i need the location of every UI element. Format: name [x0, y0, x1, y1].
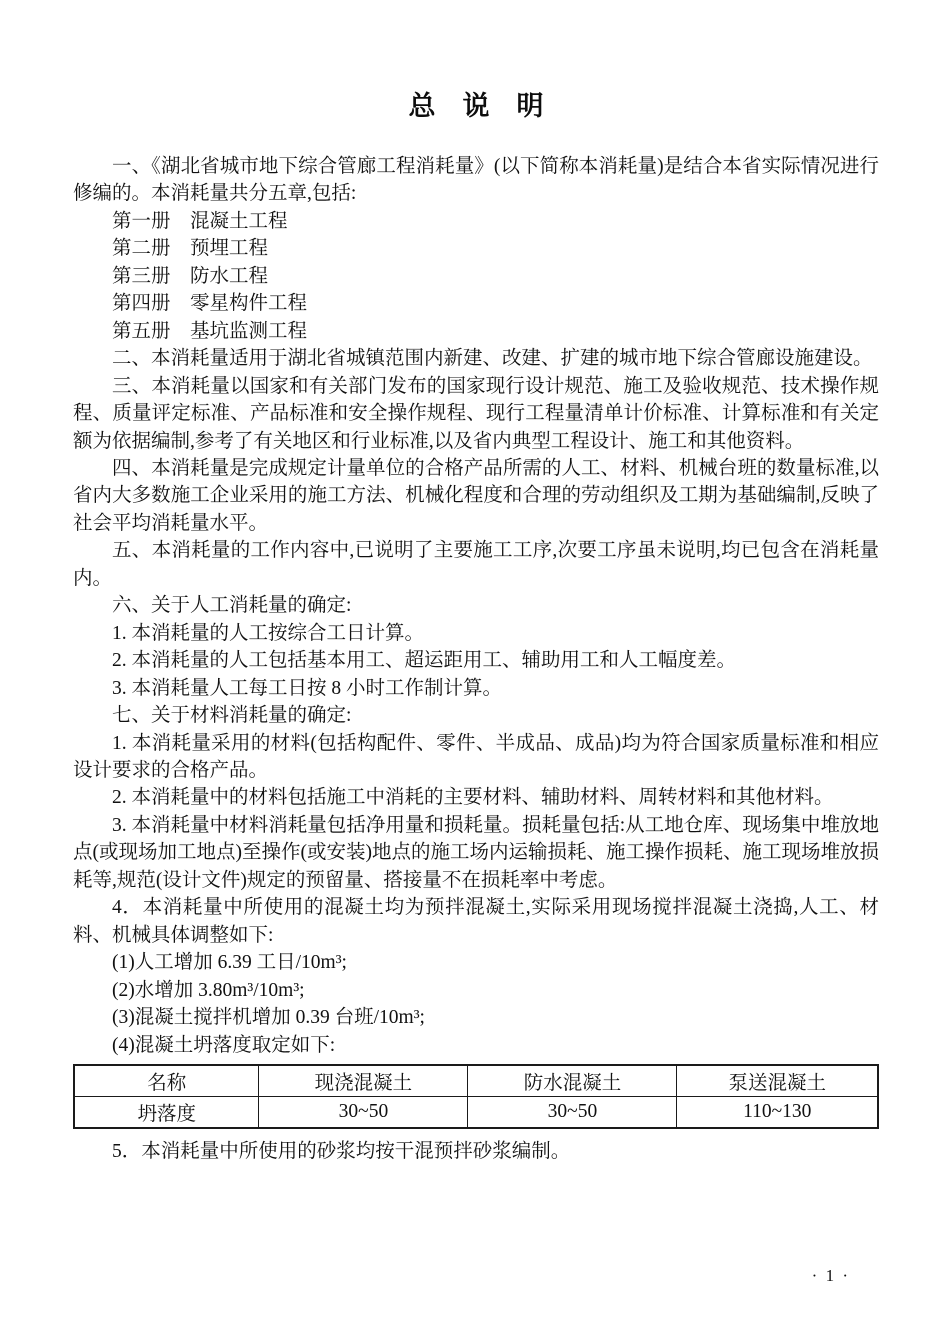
sub-item: (3)混凝土搅拌机增加 0.39 台班/10m³; [73, 1004, 879, 1031]
numbered-item: 4．本消耗量中所使用的混凝土均为预拌混凝土,实际采用现场搅拌混凝土浇捣,人工、材… [73, 894, 879, 949]
section-heading: 六、关于人工消耗量的确定: [73, 592, 879, 619]
numbered-item: 2. 本消耗量的人工包括基本用工、超运距用工、辅助用工和人工幅度差。 [73, 647, 879, 674]
section-paragraph: 二、本消耗量适用于湖北省城镇范围内新建、改建、扩建的城市地下综合管廊设施建设。 [73, 345, 879, 372]
volume-list-item: 第四册 零星构件工程 [73, 290, 879, 317]
document-page: 总 说 明 一、《湖北省城市地下综合管廊工程消耗量》(以下简称本消耗量)是结合本… [0, 0, 950, 1323]
volume-list-item: 第五册 基坑监测工程 [73, 318, 879, 345]
table-header-cell: 泵送混凝土 [677, 1065, 878, 1097]
table-header-cell: 现浇混凝土 [259, 1065, 468, 1097]
sub-item: (1)人工增加 6.39 工日/10m³; [73, 949, 879, 976]
numbered-item: 3. 本消耗量人工每工日按 8 小时工作制计算。 [73, 675, 879, 702]
page-number: · 1 · [812, 1266, 850, 1286]
section-heading: 七、关于材料消耗量的确定: [73, 702, 879, 729]
table-header-row: 名称 现浇混凝土 防水混凝土 泵送混凝土 [74, 1065, 878, 1097]
section-paragraph: 五、本消耗量的工作内容中,已说明了主要施工工序,次要工序虽未说明,均已包含在消耗… [73, 537, 879, 592]
section-paragraph: 三、本消耗量以国家和有关部门发布的国家现行设计规范、施工及验收规范、技术操作规程… [73, 373, 879, 455]
table-cell: 30~50 [259, 1096, 468, 1128]
table-header-cell: 名称 [74, 1065, 259, 1097]
volume-list-item: 第三册 防水工程 [73, 263, 879, 290]
document-content: 总 说 明 一、《湖北省城市地下综合管廊工程消耗量》(以下简称本消耗量)是结合本… [73, 84, 879, 1165]
section-paragraph: 四、本消耗量是完成规定计量单位的合格产品所需的人工、材料、机械台班的数量标准,以… [73, 455, 879, 537]
table-cell: 坍落度 [74, 1096, 259, 1128]
table-row: 坍落度 30~50 30~50 110~130 [74, 1096, 878, 1128]
numbered-item: 2. 本消耗量中的材料包括施工中消耗的主要材料、辅助材料、周转材料和其他材料。 [73, 784, 879, 811]
sub-item: (2)水增加 3.80m³/10m³; [73, 977, 879, 1004]
intro-paragraph: 一、《湖北省城市地下综合管廊工程消耗量》(以下简称本消耗量)是结合本省实际情况进… [73, 153, 879, 208]
volume-list-item: 第二册 预埋工程 [73, 235, 879, 262]
numbered-item: 5．本消耗量中所使用的砂浆均按干混预拌砂浆编制。 [73, 1138, 879, 1165]
table-cell: 110~130 [677, 1096, 878, 1128]
numbered-item: 3. 本消耗量中材料消耗量包括净用量和损耗量。损耗量包括:从工地仓库、现场集中堆… [73, 812, 879, 894]
volume-list-item: 第一册 混凝土工程 [73, 208, 879, 235]
table-header-cell: 防水混凝土 [468, 1065, 677, 1097]
slump-table: 名称 现浇混凝土 防水混凝土 泵送混凝土 坍落度 30~50 30~50 110… [73, 1064, 879, 1129]
page-title: 总 说 明 [73, 84, 879, 123]
numbered-item: 1. 本消耗量的人工按综合工日计算。 [73, 620, 879, 647]
numbered-item: 1. 本消耗量采用的材料(包括构配件、零件、半成品、成品)均为符合国家质量标准和… [73, 730, 879, 785]
table-cell: 30~50 [468, 1096, 677, 1128]
sub-item: (4)混凝土坍落度取定如下: [73, 1032, 879, 1059]
